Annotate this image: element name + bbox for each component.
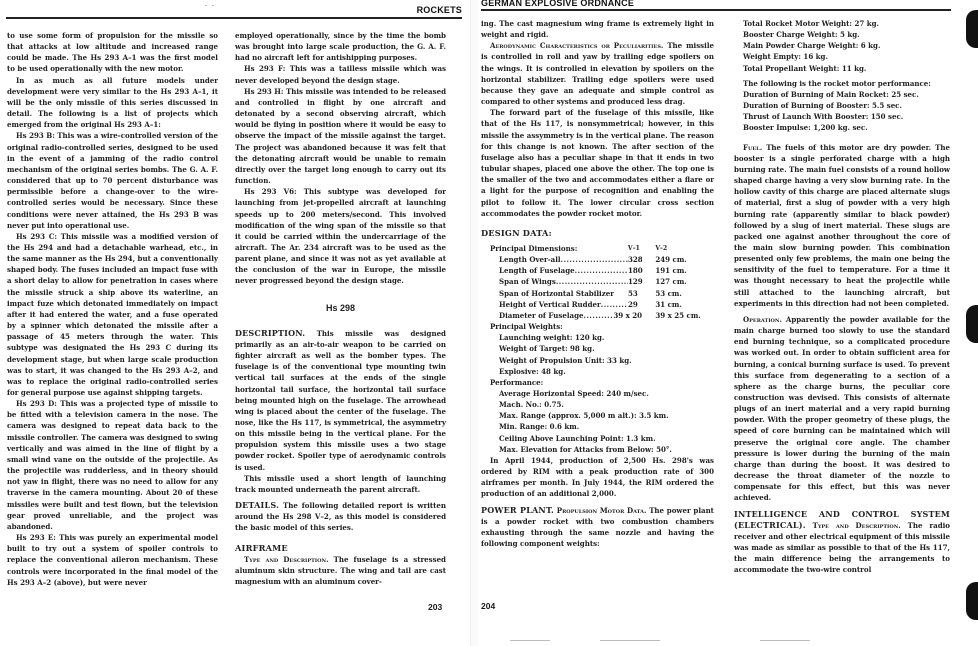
- list-item: Duration of Burning of Booster: 5.5 sec.: [734, 100, 950, 111]
- section-title-hs298: Hs 298: [235, 303, 446, 314]
- list-item: Weight of Target: 98 kg.: [481, 343, 714, 354]
- performance-intro: The following is the rocket motor perfor…: [734, 78, 950, 89]
- design-data-table: Principal Dimensions: V–1 V–2 Length Ove…: [481, 243, 714, 455]
- list-item: Weight of Propulsion Unit: 33 kg.: [481, 355, 714, 366]
- running-head-left: ROCKETS: [417, 5, 462, 15]
- row-label: Span of Wings: [499, 276, 628, 287]
- list-item: Ceiling Above Launching Point: 1.3 km.: [481, 433, 714, 444]
- dimensions-heading: Principal Dimensions:: [490, 243, 628, 254]
- scan-speck: [212, 5, 214, 6]
- fuel-paragraph: Fuel. The fuels of this motor are dry po…: [734, 142, 950, 309]
- airframe-heading: AIRFRAME: [235, 543, 446, 554]
- fuel-text: The fuels of this motor are dry powder. …: [734, 143, 950, 308]
- operation-text: Apparently the powder available for the …: [734, 315, 950, 503]
- intel-paragraph: INTELLIGENCE AND CONTROL SYSTEM (ELECTRI…: [734, 509, 950, 576]
- description-paragraph: DESCRIPTION. This missile was designed p…: [235, 328, 446, 473]
- design-data-heading: DESIGN DATA:: [481, 228, 714, 239]
- list-item: Min. Range: 0.6 km.: [481, 421, 714, 432]
- forward-fuselage-paragraph: The forward part of the fuselage of this…: [481, 107, 714, 219]
- list-item: Booster Charge Weight: 5 kg.: [734, 29, 950, 40]
- paragraph-hs293c: Hs 293 C: This missile was a modified ve…: [7, 231, 218, 398]
- power-plant-label: POWER PLANT.: [481, 505, 554, 515]
- paragraph-hs293d: Hs 293 D: This was a projected type of m…: [7, 398, 218, 532]
- row-v1: 180: [628, 265, 655, 276]
- left-page: ROCKETS to use some form of propulsion f…: [0, 0, 470, 646]
- launch-track-paragraph: This missile used a short length of laun…: [235, 473, 446, 495]
- details-paragraph: DETAILS. The following detailed report i…: [235, 500, 446, 533]
- row-v2: 127 cm.: [655, 276, 714, 287]
- row-v1: 328: [628, 254, 655, 265]
- row-v2: 53 cm.: [655, 288, 714, 299]
- row-v1: 29: [628, 299, 655, 310]
- paragraph-hs293e: Hs 293 E: This was purely an experimenta…: [7, 532, 218, 588]
- right-page: GERMAN EXPLOSIVE ORDNANCE ing. The cast …: [478, 0, 978, 646]
- weights-heading: Principal Weights:: [481, 321, 714, 332]
- running-head-right: GERMAN EXPLOSIVE ORDNANCE: [481, 0, 634, 8]
- row-v2: 191 cm.: [655, 265, 714, 276]
- paragraph: employed operationally, since by the tim…: [235, 30, 446, 63]
- list-item: Total Rocket Motor Weight: 27 kg.: [734, 18, 950, 29]
- list-item: Thrust of Launch With Booster: 150 sec.: [734, 111, 950, 122]
- power-plant-subheading: Propulsion Motor Data.: [557, 506, 647, 515]
- table-row: Length of Fuselage 180 191 cm.: [481, 265, 714, 276]
- paragraph: to use some form of propulsion for the m…: [7, 30, 218, 75]
- column-v2: V–2: [655, 243, 714, 254]
- list-item: Launching weight: 120 kg.: [481, 332, 714, 343]
- list-item: Weight Empty: 16 kg.: [734, 51, 950, 62]
- airframe-subheading: Type and Description.: [244, 555, 329, 564]
- scan-speck: [600, 640, 660, 641]
- paragraph-hs293v6: Hs 293 V6: This subtype was developed fo…: [235, 186, 446, 286]
- row-label: Span of Horizontal Stabilizer: [499, 288, 628, 299]
- paragraph-hs293b: Hs 293 B: This was a wire-controlled ver…: [7, 130, 218, 230]
- performance-heading: Performance:: [481, 377, 714, 388]
- paragraph: ing. The cast magnesium wing frame is ex…: [481, 18, 714, 40]
- header-rule-right: [481, 9, 951, 11]
- production-paragraph: In April 1944, production of 2,500 Hs. 2…: [481, 455, 714, 500]
- page-number-left: 203: [428, 602, 442, 612]
- table-row: Span of Horizontal Stabilizer 53 53 cm.: [481, 288, 714, 299]
- scan-speck: [510, 640, 550, 641]
- table-row: Length Over-all 328 249 cm.: [481, 254, 714, 265]
- aero-subheading: Aerodynamic Characteristics or Peculiari…: [490, 41, 663, 50]
- table-row: Diameter of Fuselage 39 x 20 39 x 25 cm.: [481, 310, 714, 321]
- header-rule-left: [6, 17, 462, 19]
- row-label: Diameter of Fuselage: [499, 310, 613, 321]
- list-item: Explosive: 48 kg.: [481, 366, 714, 377]
- list-item: Mach. No.: 0.75.: [481, 399, 714, 410]
- binder-hole-mark: [966, 305, 978, 343]
- row-v2: 39 x 25 cm.: [655, 310, 714, 321]
- description-text: This missile was designed primarily as a…: [235, 329, 446, 472]
- list-item: Total Propellant Weight: 11 kg.: [734, 63, 950, 74]
- row-label: Length of Fuselage: [499, 265, 628, 276]
- page-gutter: [470, 0, 478, 646]
- operation-paragraph: Operation. Apparently the powder availab…: [734, 314, 950, 504]
- left-column-2: employed operationally, since by the tim…: [235, 30, 446, 587]
- paragraph-hs293f: Hs 293 F: This was a tailless missile wh…: [235, 63, 446, 85]
- paragraph-hs293h: Hs 293 H: This missile was intended to b…: [235, 86, 446, 186]
- binder-hole-mark: [966, 10, 978, 48]
- details-label: DETAILS.: [235, 500, 279, 510]
- right-column-1: ing. The cast magnesium wing frame is ex…: [481, 18, 714, 549]
- list-item: Booster Impulse: 1,200 kg. sec.: [734, 122, 950, 133]
- intel-subheading: Type and Description.: [813, 521, 901, 530]
- list-item: Max. Elevation for Attacks from Below: 5…: [481, 444, 714, 455]
- airframe-paragraph: Type and Description. The fuselage is a …: [235, 554, 446, 587]
- row-v1: 129: [628, 276, 655, 287]
- scan-speck: [760, 640, 810, 641]
- page-number-right: 204: [481, 601, 495, 611]
- row-v1: 53: [628, 288, 655, 299]
- binder-hole-mark: [966, 582, 978, 620]
- table-row: Span of Wings 129 127 cm.: [481, 276, 714, 287]
- fuel-subheading: Fuel.: [743, 143, 762, 152]
- row-v2: 249 cm.: [655, 254, 714, 265]
- list-item: Main Powder Charge Weight: 6 kg.: [734, 40, 950, 51]
- left-column-1: to use some form of propulsion for the m…: [7, 30, 218, 588]
- description-label: DESCRIPTION.: [235, 328, 305, 338]
- list-item: Max. Range (approx. 5,000 m alt.): 3.5 k…: [481, 410, 714, 421]
- operation-subheading: Operation.: [743, 315, 782, 324]
- dimensions-header-row: Principal Dimensions: V–1 V–2: [481, 243, 714, 254]
- list-item: Average Horizontal Speed: 240 m/sec.: [481, 388, 714, 399]
- row-v2: 31 cm.: [655, 299, 714, 310]
- paragraph: In as much as all future models under de…: [7, 75, 218, 131]
- aero-text: The missile is controlled in roll and ya…: [481, 41, 714, 106]
- column-v1: V–1: [628, 243, 655, 254]
- scan-speck: [205, 5, 207, 6]
- right-column-2: Total Rocket Motor Weight: 27 kg. Booste…: [734, 18, 950, 576]
- row-label: Length Over-all: [499, 254, 628, 265]
- list-item: Duration of Burning of Main Rocket: 25 s…: [734, 89, 950, 100]
- row-v1: 39 x 20: [613, 310, 655, 321]
- aero-paragraph: Aerodynamic Characteristics or Peculiari…: [481, 40, 714, 107]
- row-label: Height of Vertical Rudder: [499, 299, 628, 310]
- power-plant-paragraph: POWER PLANT. Propulsion Motor Data. The …: [481, 505, 714, 550]
- table-row: Height of Vertical Rudder 29 31 cm.: [481, 299, 714, 310]
